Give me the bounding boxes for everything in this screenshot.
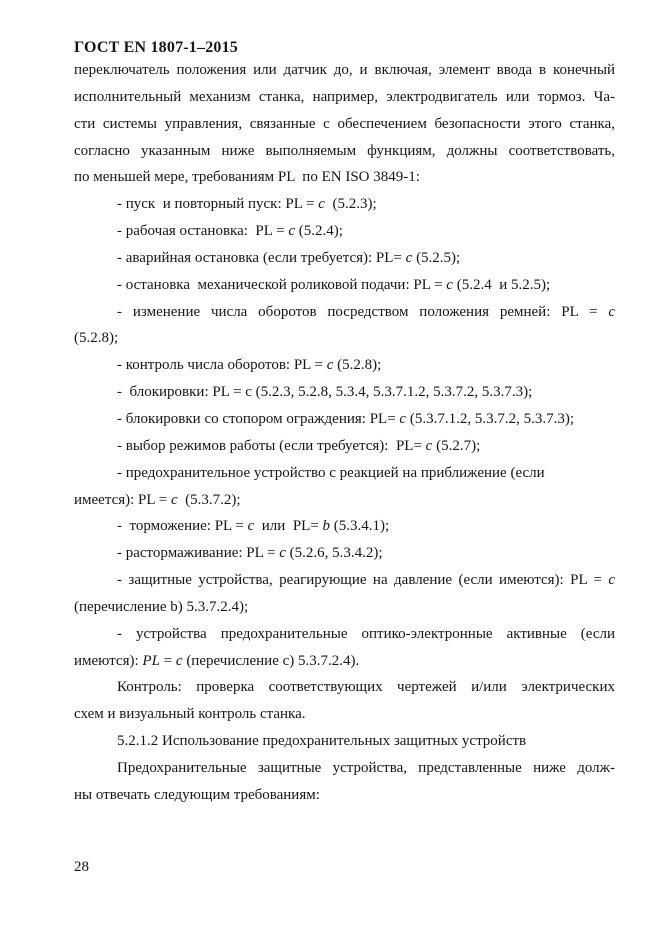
text-run: - защитные устройства, реагирующие на да… (117, 572, 608, 588)
text-run: - аварийная остановка (если требуется): … (117, 250, 406, 266)
text-run: схем и визуальный контроль станка. (74, 706, 306, 722)
text-run: (5.2.3); (325, 196, 377, 212)
text-run: - растормаживание: PL = (117, 545, 279, 561)
text-run: (5.2.7); (432, 438, 480, 454)
text-line: - предохранительное устройство с реакцие… (74, 460, 615, 487)
text-run: (5.2.4); (295, 223, 343, 239)
text-run: - пуск и повторный пуск: PL = (117, 196, 318, 212)
text-line: (перечисление b) 5.3.7.2.4); (74, 594, 615, 621)
document-header: ГОСТ EN 1807-1–2015 (74, 38, 615, 58)
text-line: - остановка механической роликовой подач… (74, 272, 615, 299)
italic-text-run: c (176, 653, 183, 669)
italic-text-run: c (318, 196, 325, 212)
text-run: сти системы управления, связанные с обес… (74, 116, 615, 132)
text-line: 5.2.1.2 Использование предохранительных … (74, 728, 615, 755)
text-run: = (160, 653, 176, 669)
text-line: ны отвечать следующим требованиям: (74, 782, 615, 809)
text-line: (5.2.8); (74, 325, 615, 352)
text-run: по меньшей мере, требованиям PL по EN IS… (74, 169, 420, 185)
text-run: - предохранительное устройство с реакцие… (117, 465, 545, 481)
text-run: (5.2.4 и 5.2.5); (453, 277, 550, 293)
text-line: исполнительный механизм станка, например… (74, 84, 615, 111)
text-line: - аварийная остановка (если требуется): … (74, 245, 615, 272)
text-line: - блокировки: PL = c (5.2.3, 5.2.8, 5.3.… (74, 379, 615, 406)
text-line: - устройства предохранительные оптико-эл… (74, 621, 615, 648)
text-line: согласно указанным ниже выполняемым функ… (74, 138, 615, 165)
text-run: - рабочая остановка: PL = (117, 223, 288, 239)
text-line: - торможение: PL = c или PL= b (5.3.4.1)… (74, 513, 615, 540)
italic-text-run: c (288, 223, 295, 239)
text-run: (перечисление b) 5.3.7.2.4); (74, 599, 248, 615)
text-line: сти системы управления, связанные с обес… (74, 111, 615, 138)
text-line: имеются): PL = c (перечисление c) 5.3.7.… (74, 648, 615, 675)
text-run: - торможение: PL = (117, 518, 248, 534)
text-run: - изменение числа оборотов посредством п… (117, 304, 608, 320)
text-run: имеется): PL = (74, 492, 171, 508)
text-run: (5.3.7.1.2, 5.3.7.2, 5.3.7.3); (406, 411, 574, 427)
text-run: (5.3.7.2); (178, 492, 241, 508)
text-line: имеется): PL = c (5.3.7.2); (74, 487, 615, 514)
text-run: исполнительный механизм станка, например… (74, 89, 615, 105)
italic-text-run: c (171, 492, 178, 508)
text-run: Предохранительные защитные устройства, п… (117, 760, 615, 776)
italic-text-run: c (446, 277, 453, 293)
text-run: Контроль: проверка соответствующих черте… (117, 679, 615, 695)
text-run: ны отвечать следующим требованиям: (74, 787, 320, 803)
text-line: - контроль числа оборотов: PL = c (5.2.8… (74, 352, 615, 379)
text-line: - выбор режимов работы (если требуется):… (74, 433, 615, 460)
italic-text-run: b (323, 518, 331, 534)
text-run: - блокировки со стопором ограждения: PL= (117, 411, 399, 427)
document-page: ГОСТ EN 1807-1–2015 переключатель положе… (0, 0, 661, 936)
text-run: (5.2.6, 5.3.4.2); (286, 545, 383, 561)
text-run: переключатель положения или датчик до, и… (74, 62, 615, 78)
italic-text-run: c (608, 304, 615, 320)
text-run: (5.2.8); (74, 330, 118, 346)
text-line: схем и визуальный контроль станка. (74, 701, 615, 728)
text-run: - контроль числа оборотов: PL = (117, 357, 327, 373)
text-line: - пуск и повторный пуск: PL = c (5.2.3); (74, 191, 615, 218)
text-line: - рабочая остановка: PL = c (5.2.4); (74, 218, 615, 245)
text-line: - изменение числа оборотов посредством п… (74, 299, 615, 326)
text-line: Контроль: проверка соответствующих черте… (74, 674, 615, 701)
text-run: (5.3.4.1); (330, 518, 389, 534)
text-run: (5.2.8); (333, 357, 381, 373)
document-body: переключатель положения или датчик до, и… (74, 57, 615, 809)
text-line: по меньшей мере, требованиям PL по EN IS… (74, 164, 615, 191)
text-run: 5.2.1.2 Использование предохранительных … (117, 733, 526, 749)
text-line: - блокировки со стопором ограждения: PL=… (74, 406, 615, 433)
text-run: согласно указанным ниже выполняемым функ… (74, 143, 615, 159)
page-number: 28 (74, 857, 89, 877)
text-line: - защитные устройства, реагирующие на да… (74, 567, 615, 594)
text-run: - остановка механической роликовой подач… (117, 277, 446, 293)
text-line: Предохранительные защитные устройства, п… (74, 755, 615, 782)
text-line: - растормаживание: PL = c (5.2.6, 5.3.4.… (74, 540, 615, 567)
italic-text-run: c (279, 545, 286, 561)
italic-text-run: PL (142, 653, 160, 669)
text-run: - выбор режимов работы (если требуется):… (117, 438, 426, 454)
text-run: или PL= (254, 518, 322, 534)
text-run: (перечисление c) 5.3.7.2.4). (183, 653, 360, 669)
text-run: (5.2.5); (412, 250, 460, 266)
text-run: - устройства предохранительные оптико-эл… (117, 626, 615, 642)
text-line: переключатель положения или датчик до, и… (74, 57, 615, 84)
italic-text-run: c (608, 572, 615, 588)
text-run: имеются): (74, 653, 142, 669)
text-run: - блокировки: PL = c (5.2.3, 5.2.8, 5.3.… (117, 384, 532, 400)
